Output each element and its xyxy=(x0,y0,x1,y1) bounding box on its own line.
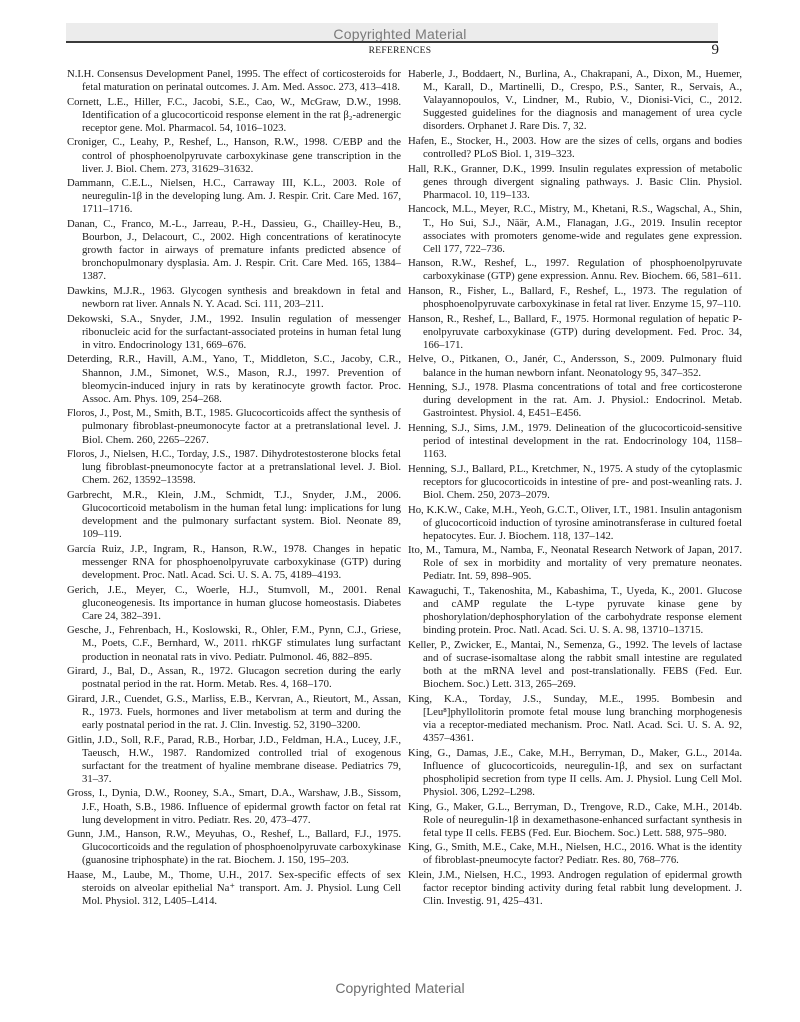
reference-entry: Dawkins, M.J.R., 1963. Glycogen synthesi… xyxy=(67,285,401,311)
reference-entry: Girard, J.R., Cuendet, G.S., Marliss, E.… xyxy=(67,693,401,732)
reference-entry: Gunn, J.M., Hanson, R.W., Meyuhas, O., R… xyxy=(67,828,401,867)
reference-entry: Deterding, R.R., Havill, A.M., Yano, T.,… xyxy=(67,353,401,405)
reference-entry: Hancock, M.L., Meyer, R.C., Mistry, M., … xyxy=(408,203,742,255)
reference-entry: King, G., Maker, G.L., Berryman, D., Tre… xyxy=(408,801,742,840)
reference-entry: Gesche, J., Fehrenbach, H., Koslowski, R… xyxy=(67,624,401,663)
reference-entry: Ito, M., Tamura, M., Namba, F., Neonatal… xyxy=(408,544,742,583)
reference-entry: Garbrecht, M.R., Klein, J.M., Schmidt, T… xyxy=(67,489,401,541)
reference-entry: Floros, J., Post, M., Smith, B.T., 1985.… xyxy=(67,407,401,446)
reference-entry: Haase, M., Laube, M., Thome, U.H., 2017.… xyxy=(67,869,401,908)
reference-entry: Henning, S.J., Sims, J.M., 1979. Delinea… xyxy=(408,422,742,461)
reference-entry: Helve, O., Pitkanen, O., Janér, C., Ande… xyxy=(408,353,742,379)
reference-entry: Girard, J., Bal, D., Assan, R., 1972. Gl… xyxy=(67,665,401,691)
reference-entry: Floros, J., Nielsen, H.C., Torday, J.S.,… xyxy=(67,448,401,487)
reference-entry: Hall, R.K., Granner, D.K., 1999. Insulin… xyxy=(408,163,742,202)
reference-entry: Gerich, J.E., Meyer, C., Woerle, H.J., S… xyxy=(67,584,401,623)
reference-entry: García Ruiz, J.P., Ingram, R., Hanson, R… xyxy=(67,543,401,582)
reference-entry: Hanson, R., Fisher, L., Ballard, F., Res… xyxy=(408,285,742,311)
reference-entry: Gross, I., Dynia, D.W., Rooney, S.A., Sm… xyxy=(67,787,401,826)
running-head: REFERENCES xyxy=(0,45,800,57)
reference-entry: King, K.A., Torday, J.S., Sunday, M.E., … xyxy=(408,693,742,745)
reference-entry: Cornett, L.E., Hiller, F.C., Jacobi, S.E… xyxy=(67,96,401,135)
reference-entry: Gitlin, J.D., Soll, R.F., Parad, R.B., H… xyxy=(67,734,401,786)
reference-entry: Ho, K.K.W., Cake, M.H., Yeoh, G.C.T., Ol… xyxy=(408,504,742,543)
reference-entry: King, G., Damas, J.E., Cake, M.H., Berry… xyxy=(408,747,742,799)
copyright-watermark-bottom: Copyrighted Material xyxy=(0,980,800,996)
reference-entry: Dekowski, S.A., Snyder, J.M., 1992. Insu… xyxy=(67,313,401,352)
copyright-watermark-top: Copyrighted Material xyxy=(0,26,800,42)
reference-entry: Dammann, C.E.L., Nielsen, H.C., Carraway… xyxy=(67,177,401,216)
reference-entry: Henning, S.J., 1978. Plasma concentratio… xyxy=(408,381,742,420)
references-right-column: Haberle, J., Boddaert, N., Burlina, A., … xyxy=(408,68,742,910)
reference-entry: Hafen, E., Stocker, H., 2003. How are th… xyxy=(408,135,742,161)
reference-entry: Hanson, R., Reshef, L., Ballard, F., 197… xyxy=(408,313,742,352)
reference-entry: N.I.H. Consensus Development Panel, 1995… xyxy=(67,68,401,94)
reference-entry: Kawaguchi, T., Takenoshita, M., Kabashim… xyxy=(408,585,742,637)
references-left-column: N.I.H. Consensus Development Panel, 1995… xyxy=(67,68,401,910)
reference-entry: Danan, C., Franco, M.-L., Jarreau, P.-H.… xyxy=(67,218,401,283)
reference-entry: Keller, P., Zwicker, E., Mantai, N., Sem… xyxy=(408,639,742,691)
header-rule xyxy=(66,41,718,43)
reference-entry: Croniger, C., Leahy, P., Reshef, L., Han… xyxy=(67,136,401,175)
reference-entry: Henning, S.J., Ballard, P.L., Kretchmer,… xyxy=(408,463,742,502)
reference-entry: King, G., Smith, M.E., Cake, M.H., Niels… xyxy=(408,841,742,867)
reference-entry: Klein, J.M., Nielsen, H.C., 1993. Androg… xyxy=(408,869,742,908)
page-number: 9 xyxy=(705,42,719,58)
reference-entry: Haberle, J., Boddaert, N., Burlina, A., … xyxy=(408,68,742,133)
reference-entry: Hanson, R.W., Reshef, L., 1997. Regulati… xyxy=(408,257,742,283)
